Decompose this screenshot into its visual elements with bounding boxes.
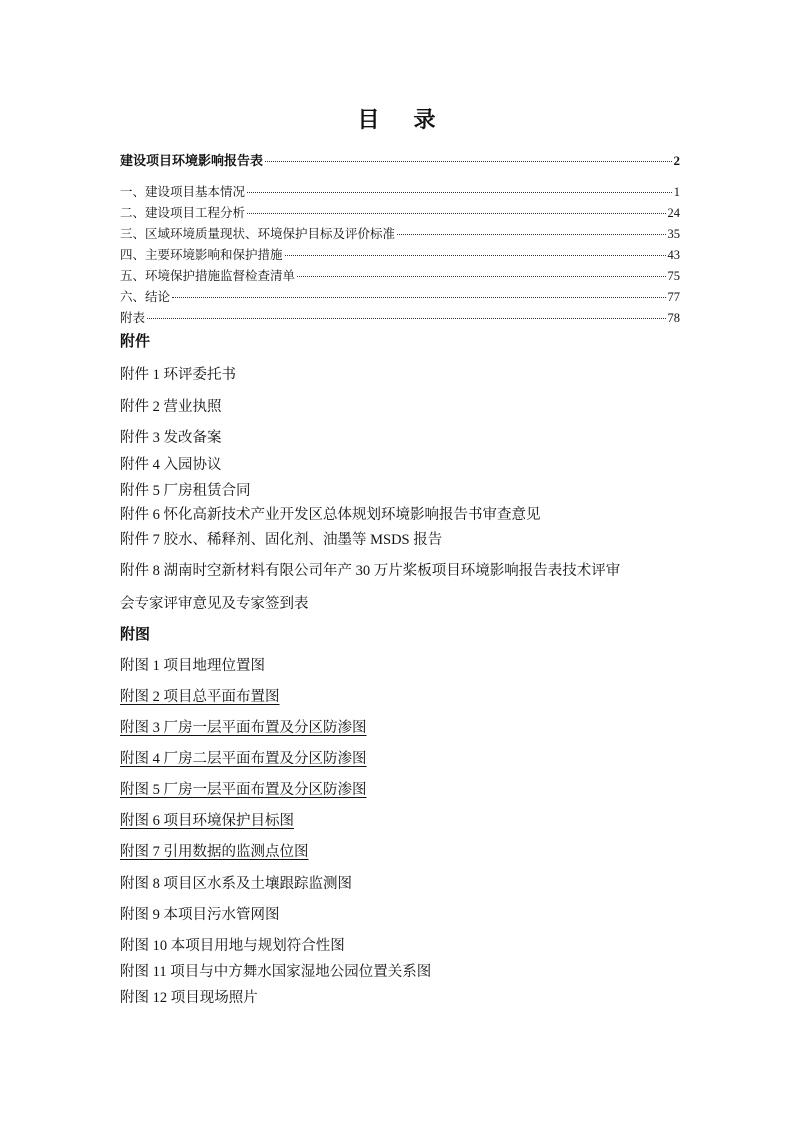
toc-entry[interactable]: 三、区域环境质量现状、环境保护目标及评价标准 35 <box>120 224 680 242</box>
attachment-item: 附件 7 胶水、稀释剂、固化剂、油墨等 MSDS 报告 <box>120 528 442 549</box>
figure-item-link[interactable]: 附图 7 引用数据的监测点位图 <box>120 840 309 861</box>
toc-page-number: 2 <box>674 153 681 169</box>
dot-leader <box>247 202 665 214</box>
dot-leader <box>147 307 665 319</box>
figure-item: 附图 12 项目现场照片 <box>120 986 258 1007</box>
toc-entry[interactable]: 六、结论 77 <box>120 287 680 305</box>
attachment-item: 附件 5 厂房租赁合同 <box>120 479 251 500</box>
toc-entry[interactable]: 附表 78 <box>120 308 680 326</box>
attachment-item: 附件 6 怀化高新技术产业开发区总体规划环境影响报告书审查意见 <box>120 503 541 524</box>
toc-entry-main[interactable]: 建设项目环境影响报告表 2 <box>120 150 680 169</box>
toc-label: 建设项目环境影响报告表 <box>120 150 263 169</box>
figure-item: 附图 10 本项目用地与规划符合性图 <box>120 934 345 955</box>
figure-item-link[interactable]: 附图 4 厂房二层平面布置及分区防渗图 <box>120 747 367 768</box>
dot-leader <box>247 181 672 193</box>
toc-page-number: 77 <box>668 290 681 305</box>
dot-leader <box>285 244 666 256</box>
toc-page-number: 24 <box>668 206 681 221</box>
dot-leader <box>397 223 665 235</box>
toc-label: 二、建设项目工程分析 <box>120 203 245 221</box>
toc-label: 一、建设项目基本情况 <box>120 182 245 200</box>
figure-item: 附图 9 本项目污水管网图 <box>120 903 280 924</box>
figures-heading: 附图 <box>120 623 150 644</box>
toc-entry[interactable]: 五、环境保护措施监督检查清单 75 <box>120 266 680 284</box>
attachment-item: 附件 3 发改备案 <box>120 426 222 447</box>
toc-label: 六、结论 <box>120 287 170 305</box>
figure-item-link[interactable]: 附图 6 项目环境保护目标图 <box>120 809 294 830</box>
toc-page-number: 1 <box>674 185 680 200</box>
figure-item: 附图 11 项目与中方舞水国家湿地公园位置关系图 <box>120 960 431 981</box>
toc-page-number: 75 <box>668 269 681 284</box>
attachment-item: 附件 2 营业执照 <box>120 395 222 416</box>
attachment-item: 附件 8 湖南时空新材料有限公司年产 30 万片桨板项目环境影响报告表技术评审 <box>120 559 620 580</box>
dot-leader <box>172 286 665 298</box>
figure-item-link[interactable]: 附图 5 厂房一层平面布置及分区防渗图 <box>120 778 367 799</box>
figure-item: 附图 1 项目地理位置图 <box>120 654 265 675</box>
toc-page-number: 78 <box>668 311 681 326</box>
toc-label: 四、主要环境影响和保护措施 <box>120 245 283 263</box>
attachments-heading: 附件 <box>120 330 150 351</box>
dot-leader <box>297 265 665 277</box>
figure-item-link[interactable]: 附图 2 项目总平面布置图 <box>120 685 280 706</box>
attachment-item: 附件 4 入园协议 <box>120 453 222 474</box>
attachment-item: 附件 1 环评委托书 <box>120 363 236 384</box>
toc-label: 附表 <box>120 308 145 326</box>
toc-label: 五、环境保护措施监督检查清单 <box>120 266 295 284</box>
figure-item-link[interactable]: 附图 3 厂房一层平面布置及分区防渗图 <box>120 716 367 737</box>
attachment-item-continued: 会专家评审意见及专家签到表 <box>120 592 309 613</box>
toc-entry[interactable]: 一、建设项目基本情况 1 <box>120 182 680 200</box>
toc-page-number: 43 <box>668 248 681 263</box>
toc-entry[interactable]: 四、主要环境影响和保护措施 43 <box>120 245 680 263</box>
toc-page-number: 35 <box>668 227 681 242</box>
toc-label: 三、区域环境质量现状、环境保护目标及评价标准 <box>120 224 395 242</box>
dot-leader <box>265 149 671 162</box>
figure-item: 附图 8 项目区水系及土壤跟踪监测图 <box>120 872 352 893</box>
toc-entry[interactable]: 二、建设项目工程分析 24 <box>120 203 680 221</box>
page-title: 目录 <box>0 103 793 134</box>
